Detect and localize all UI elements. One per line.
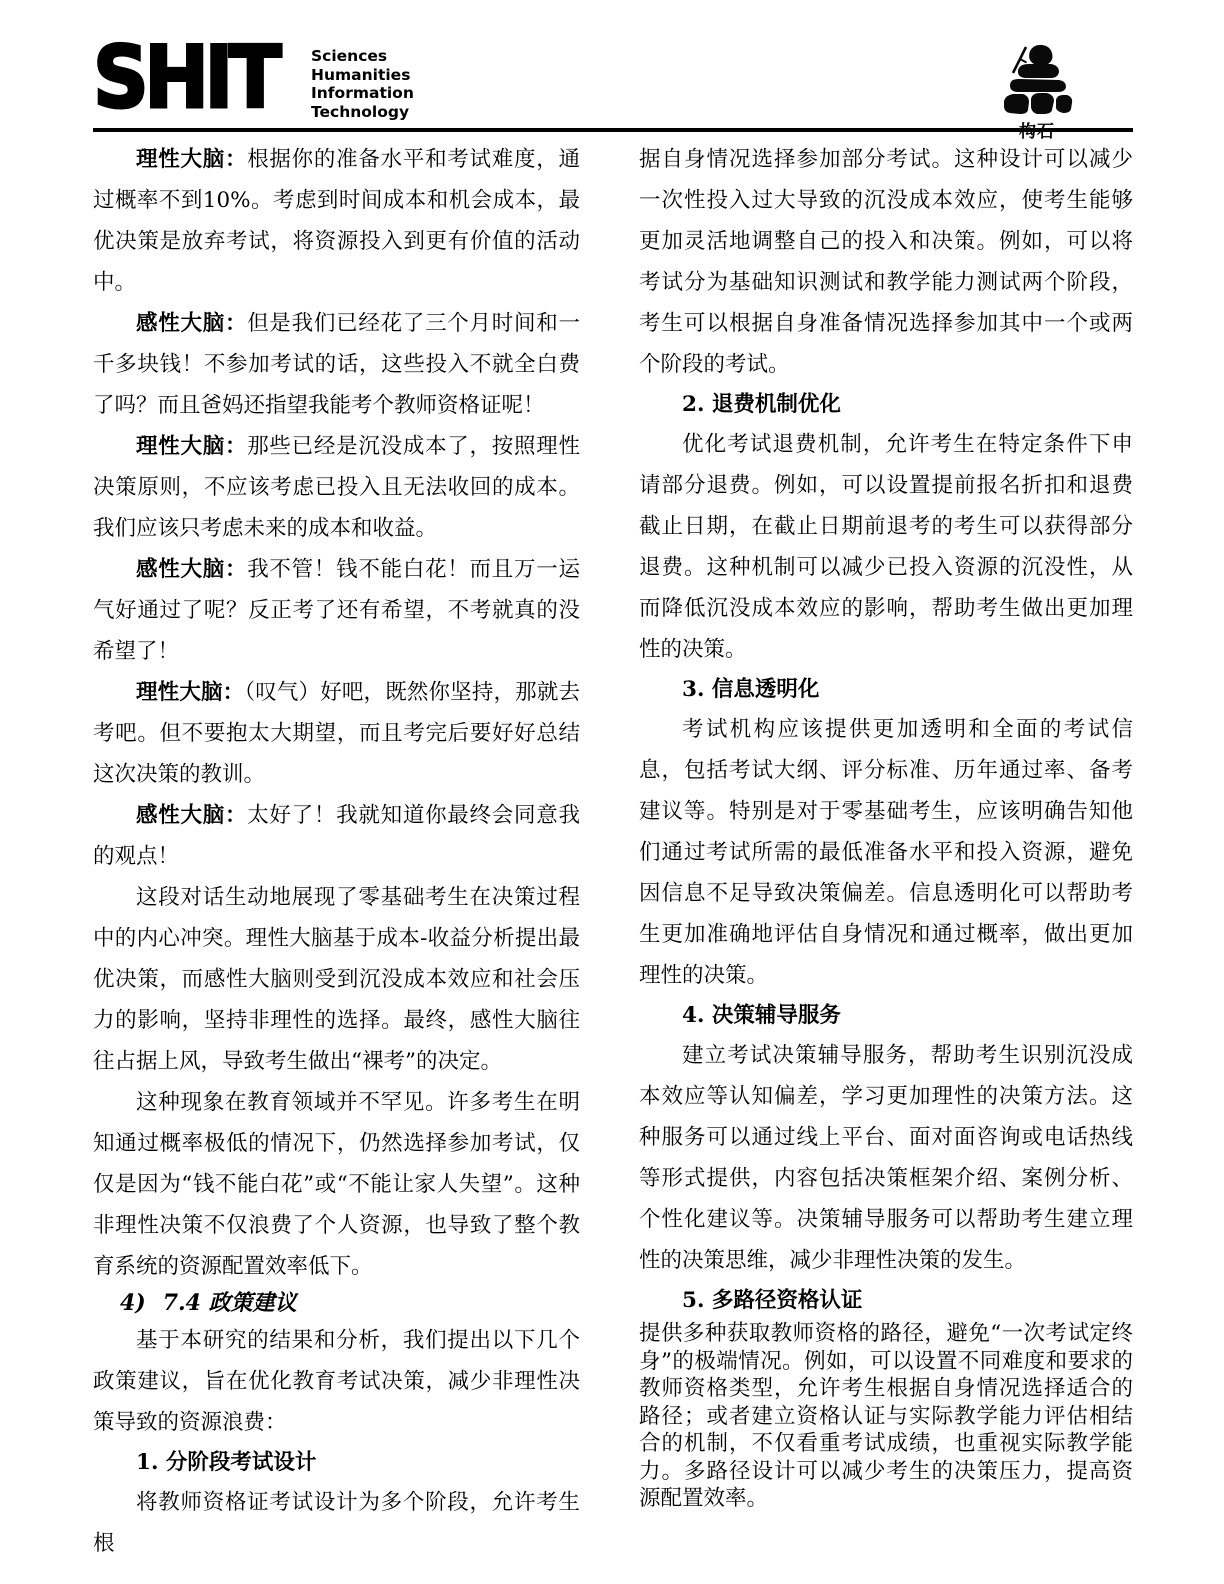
right-column: 据自身情况选择参加部分考试。这种设计可以减少一次性投入过大导致的沉没成本效应，使… (639, 139, 1133, 1564)
article-body: 理性大脑：根据你的准备水平和考试难度，通过概率不到10%。考虑到时间成本和机会成… (93, 139, 1133, 1564)
subheading-staged-exam-design: 1. 分阶段考试设计 (93, 1443, 580, 1482)
paragraph-continuation: 据自身情况选择参加部分考试。这种设计可以减少一次性投入过大导致的沉没成本效应，使… (639, 139, 1133, 385)
org-logo: 构石 (996, 38, 1078, 142)
paragraph: 基于本研究的结果和分析，我们提出以下几个政策建议，旨在优化教育考试决策，减少非理… (93, 1320, 580, 1443)
header-divider (93, 128, 1133, 132)
dialog-paragraph: 感性大脑：我不管！钱不能白花！而且万一运气好通过了呢？反正考了还有希望，不考就真… (93, 549, 580, 672)
paragraph: 这种现象在教育领域并不罕见。许多考生在明知通过概率极低的情况下，仍然选择参加考试… (93, 1082, 580, 1287)
speaker-label: 理性大脑： (136, 434, 247, 459)
heading-list-number: 4) (120, 1290, 146, 1316)
heading-text: 7.4 政策建议 (163, 1290, 297, 1316)
subheading-refund-mechanism: 2. 退费机制优化 (639, 385, 1133, 424)
speaker-label: 感性大脑： (136, 557, 247, 582)
left-column: 理性大脑：根据你的准备水平和考试难度，通过概率不到10%。考虑到时间成本和机会成… (93, 139, 580, 1564)
paragraph: 优化考试退费机制，允许考生在特定条件下申请部分退费。例如，可以设置提前报名折扣和… (639, 424, 1133, 670)
dialog-paragraph: 感性大脑：太好了！我就知道你最终会同意我的观点！ (93, 795, 580, 877)
subtitle-line: Technology (311, 103, 414, 122)
paragraph: 建立考试决策辅导服务，帮助考生识别沉没成本效应等认知偏差，学习更加理性的决策方法… (639, 1035, 1133, 1281)
subtitle-line: Sciences (311, 47, 414, 66)
document-page: SHIT Sciences Humanities Information Tec… (0, 0, 1224, 1584)
paragraph: 提供多种获取教师资格的路径，避免“一次考试定终身”的极端情况。例如，可以设置不同… (639, 1320, 1133, 1513)
speaker-label: 感性大脑： (136, 311, 247, 336)
speaker-label: 理性大脑： (136, 147, 247, 172)
dialog-paragraph: 理性大脑：（叹气）好吧，既然你坚持，那就去考吧。但不要抱太大期望，而且考完后要好… (93, 672, 580, 795)
subheading-decision-coaching: 4. 决策辅导服务 (639, 996, 1133, 1035)
journal-logo-text: SHIT (93, 42, 277, 114)
section-heading-policy-recommendations: 4)7.4 政策建议 (93, 1287, 580, 1320)
dialog-paragraph: 理性大脑：那些已经是沉没成本了，按照理性决策原则，不应该考虑已投入且无法收回的成… (93, 426, 580, 549)
subtitle-line: Information (311, 84, 414, 103)
subheading-multi-path-certification: 5. 多路径资格认证 (639, 1281, 1133, 1320)
speaker-label: 感性大脑： (136, 803, 247, 828)
paragraph: 这段对话生动地展现了零基础考生在决策过程中的内心冲突。理性大脑基于成本-收益分析… (93, 877, 580, 1082)
paragraph: 考试机构应该提供更加透明和全面的考试信息，包括考试大纲、评分标准、历年通过率、备… (639, 709, 1133, 996)
subtitle-line: Humanities (311, 66, 414, 85)
rock-pile-icon (998, 38, 1076, 116)
speaker-label: 理性大脑： (136, 680, 244, 705)
journal-logo: SHIT (93, 42, 298, 114)
paragraph: 将教师资格证考试设计为多个阶段，允许考生根 (93, 1482, 580, 1564)
journal-subtitle: Sciences Humanities Information Technolo… (311, 47, 414, 121)
dialog-paragraph: 理性大脑：根据你的准备水平和考试难度，通过概率不到10%。考虑到时间成本和机会成… (93, 139, 580, 303)
subheading-information-transparency: 3. 信息透明化 (639, 670, 1133, 709)
dialog-paragraph: 感性大脑：但是我们已经花了三个月时间和一千多块钱！不参加考试的话，这些投入不就全… (93, 303, 580, 426)
